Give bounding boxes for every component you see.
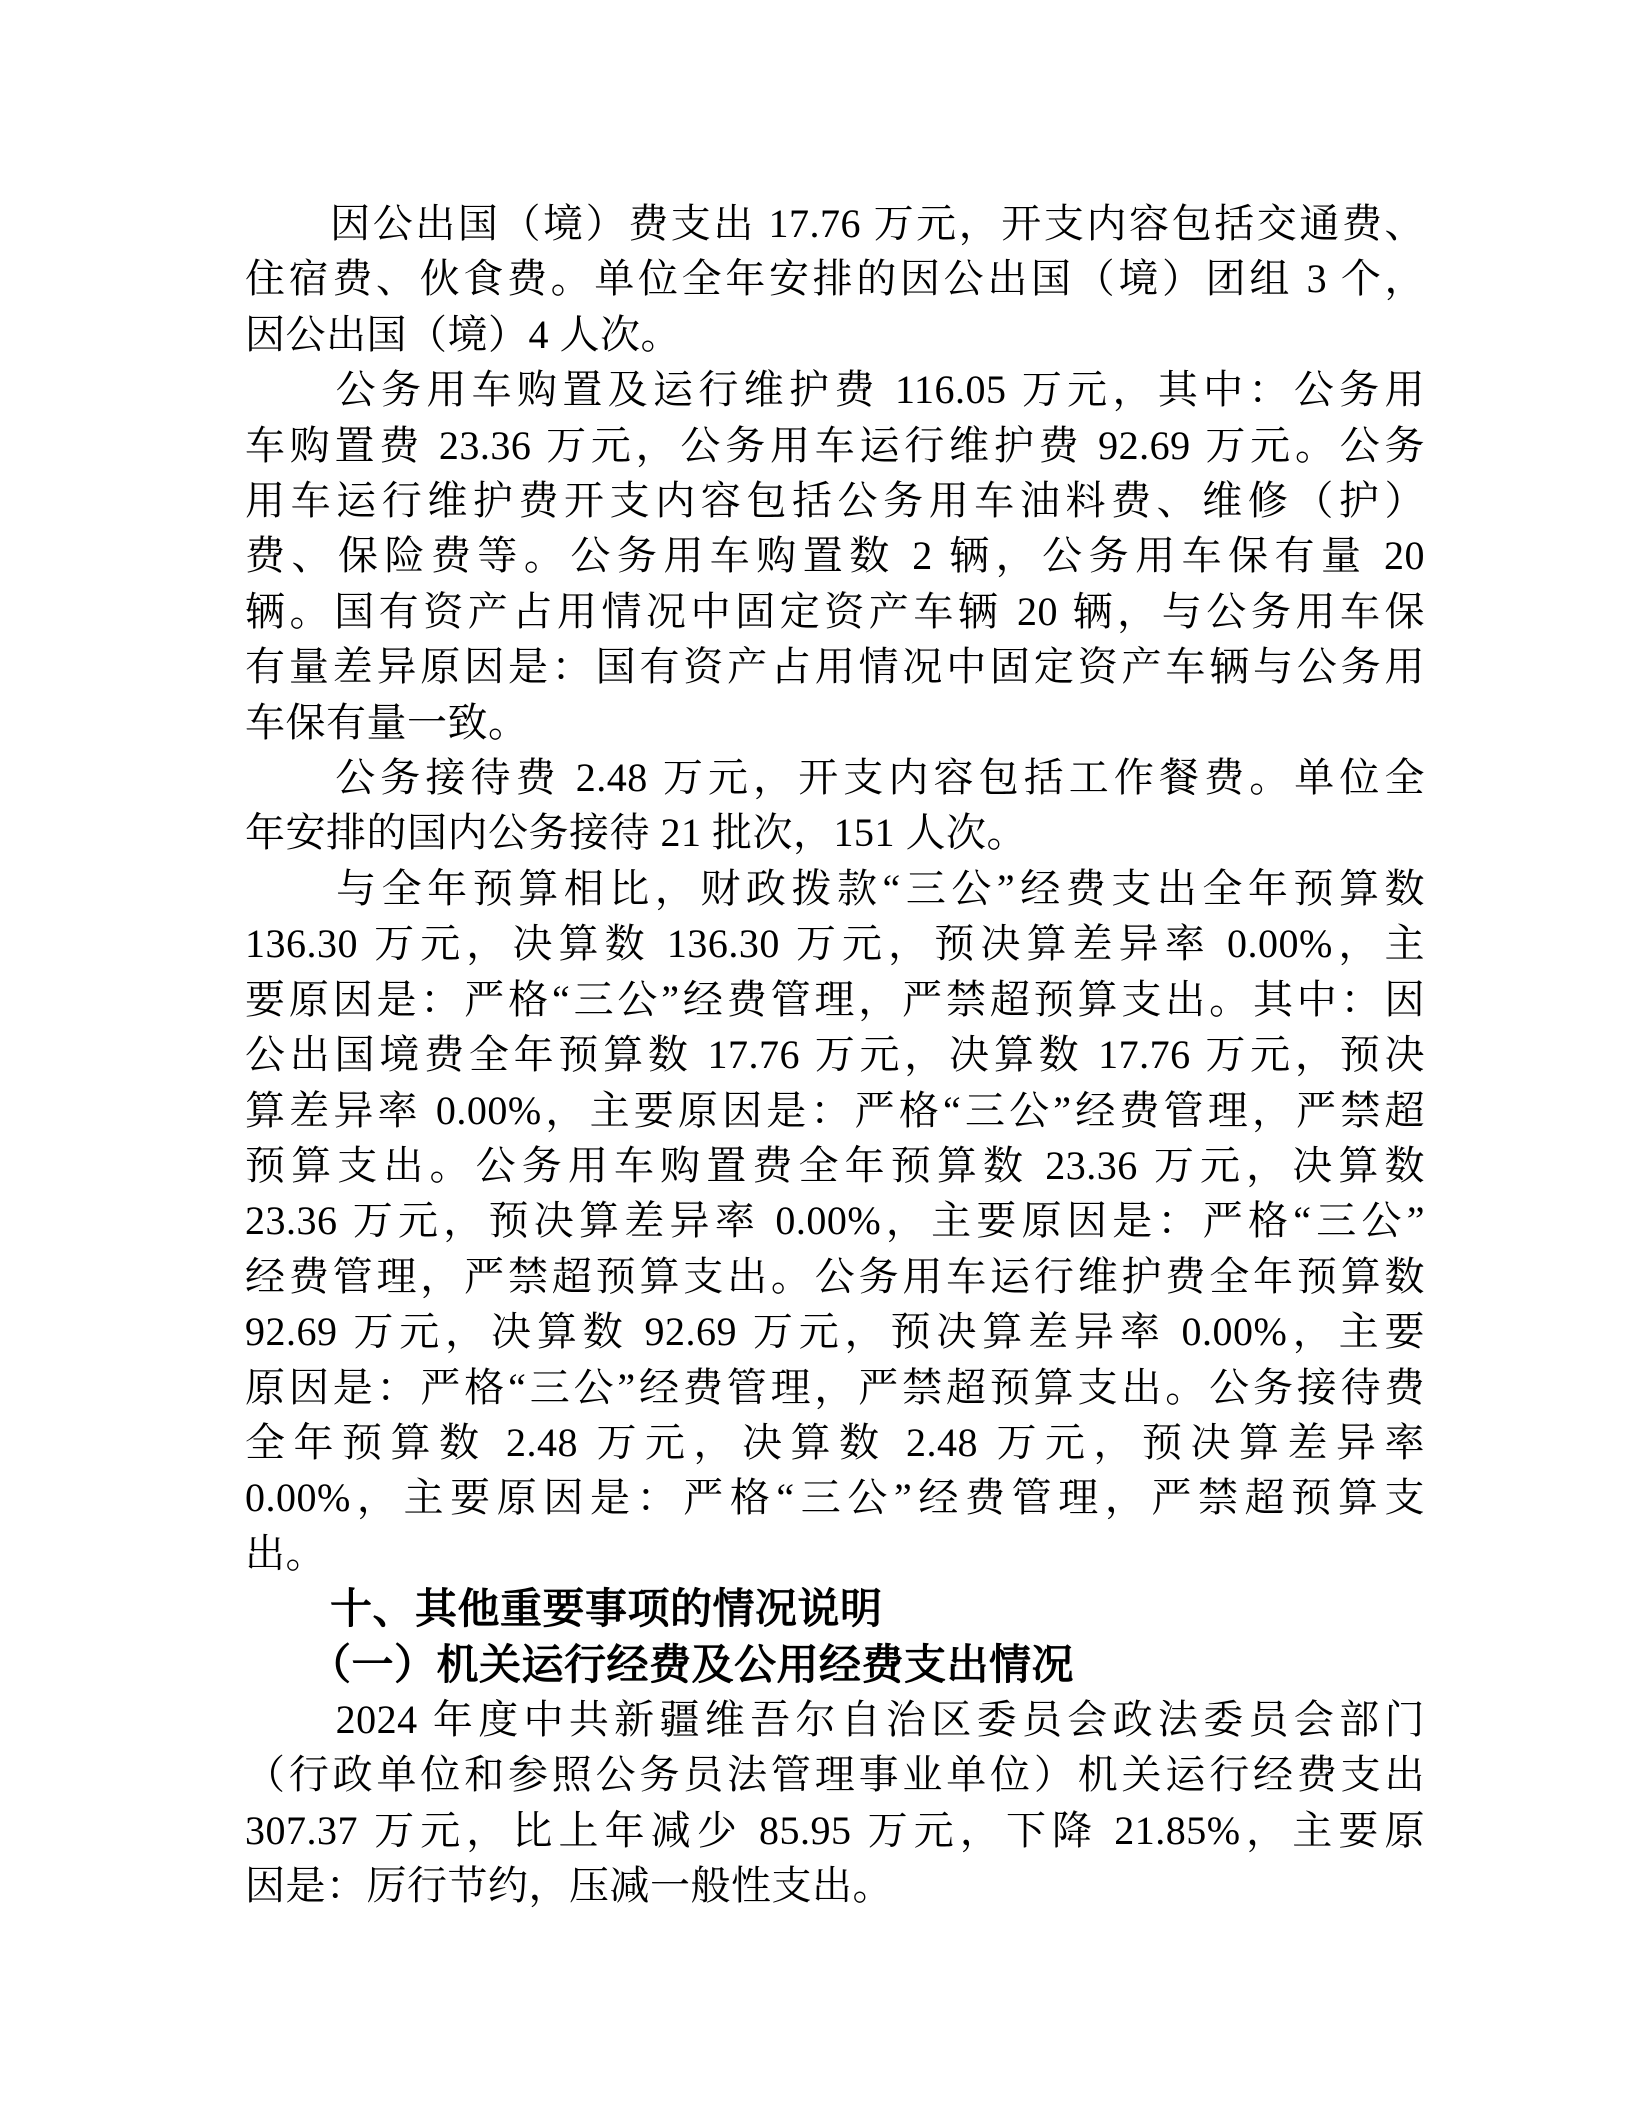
- heading-subsection-one-operating-expense: （一）机关运行经费及公用经费支出情况: [245, 1637, 1425, 1692]
- text-line: 有量差异原因是：国有资产占用情况中固定资产车辆与公务用: [245, 639, 1425, 694]
- text-line: 年安排的国内公务接待 21 批次，151 人次。: [245, 805, 1425, 860]
- heading-section-ten-other-important-matters: 十、其他重要事项的情况说明: [245, 1581, 1425, 1636]
- text-line: 要原因是：严格“三公”经费管理，严禁超预算支出。其中：因: [245, 972, 1425, 1027]
- text-line: 用车运行维护费开支内容包括公务用车油料费、维修（护）: [245, 473, 1425, 528]
- text-line: 住宿费、伙食费。单位全年安排的因公出国（境）团组 3 个，: [245, 251, 1425, 306]
- text-line: （行政单位和参照公务员法管理事业单位）机关运行经费支出: [245, 1747, 1425, 1802]
- text-line: 经费管理，严禁超预算支出。公务用车运行维护费全年预算数: [245, 1249, 1425, 1304]
- text-line: 车保有量一致。: [245, 695, 1425, 750]
- text-line: 2024 年度中共新疆维吾尔自治区委员会政法委员会部门: [245, 1692, 1425, 1747]
- para-official-vehicle-expense: 公务用车购置及运行维护费 116.05 万元，其中：公务用车购置费 23.36 …: [245, 362, 1425, 750]
- text-line: 车购置费 23.36 万元，公务用车运行维护费 92.69 万元。公务: [245, 418, 1425, 473]
- text-line: 公务接待费 2.48 万元，开支内容包括工作餐费。单位全: [245, 750, 1425, 805]
- text-line: 费、保险费等。公务用车购置数 2 辆，公务用车保有量 20: [245, 528, 1425, 583]
- text-line: 23.36 万元，预决算差异率 0.00%，主要原因是：严格“三公”: [245, 1193, 1425, 1248]
- text-line: 原因是：严格“三公”经费管理，严禁超预算支出。公务接待费: [245, 1360, 1425, 1415]
- text-line: 公出国境费全年预算数 17.76 万元，决算数 17.76 万元，预决: [245, 1027, 1425, 1082]
- text-line: 307.37 万元，比上年减少 85.95 万元，下降 21.85%，主要原: [245, 1803, 1425, 1858]
- text-line: 预算支出。公务用车购置费全年预算数 23.36 万元，决算数: [245, 1138, 1425, 1193]
- text-line: 92.69 万元，决算数 92.69 万元，预决算差异率 0.00%，主要: [245, 1304, 1425, 1359]
- text-line: 全年预算数 2.48 万元，决算数 2.48 万元，预决算差异率: [245, 1415, 1425, 1470]
- text-line: 因公出国（境）4 人次。: [245, 307, 1425, 362]
- para-budget-vs-final-accounts: 与全年预算相比，财政拨款“三公”经费支出全年预算数136.30 万元，决算数 1…: [245, 861, 1425, 1581]
- text-line: 辆。国有资产占用情况中固定资产车辆 20 辆，与公务用车保: [245, 584, 1425, 639]
- text-line: 因是：厉行节约，压减一般性支出。: [245, 1858, 1425, 1913]
- text-line: 出。: [245, 1526, 1425, 1581]
- heading-line: （一）机关运行经费及公用经费支出情况: [245, 1637, 1425, 1692]
- para-official-reception-expense: 公务接待费 2.48 万元，开支内容包括工作餐费。单位全年安排的国内公务接待 2…: [245, 750, 1425, 861]
- para-2024-operating-expense: 2024 年度中共新疆维吾尔自治区委员会政法委员会部门（行政单位和参照公务员法管…: [245, 1692, 1425, 1914]
- text-line: 0.00%，主要原因是：严格“三公”经费管理，严禁超预算支: [245, 1470, 1425, 1525]
- text-line: 136.30 万元，决算数 136.30 万元，预决算差异率 0.00%，主: [245, 916, 1425, 971]
- document-page: 因公出国（境）费支出 17.76 万元，开支内容包括交通费、住宿费、伙食费。单位…: [0, 0, 1632, 2112]
- text-line: 公务用车购置及运行维护费 116.05 万元，其中：公务用: [245, 362, 1425, 417]
- text-line: 与全年预算相比，财政拨款“三公”经费支出全年预算数: [245, 861, 1425, 916]
- text-line: 算差异率 0.00%，主要原因是：严格“三公”经费管理，严禁超: [245, 1083, 1425, 1138]
- heading-line: 十、其他重要事项的情况说明: [245, 1581, 1425, 1636]
- document-body: 因公出国（境）费支出 17.76 万元，开支内容包括交通费、住宿费、伙食费。单位…: [245, 196, 1425, 1914]
- text-line: 因公出国（境）费支出 17.76 万元，开支内容包括交通费、: [245, 196, 1425, 251]
- para-overseas-travel-expense: 因公出国（境）费支出 17.76 万元，开支内容包括交通费、住宿费、伙食费。单位…: [245, 196, 1425, 362]
